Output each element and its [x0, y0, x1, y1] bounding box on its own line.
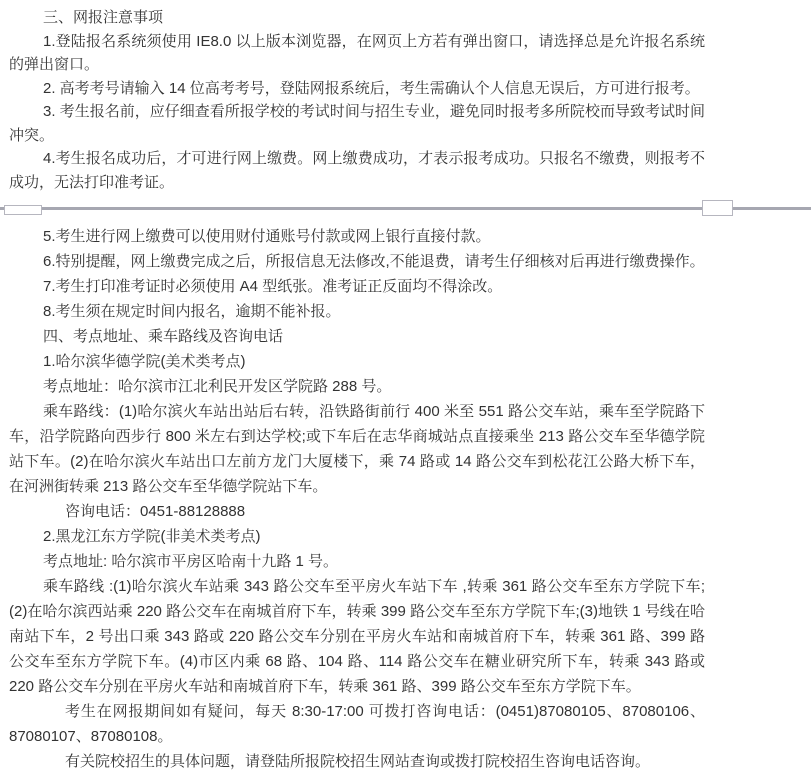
page-break-divider: [0, 194, 811, 218]
exam-site-2-address: 考点地址: 哈尔滨市平房区哈南十九路 1 号。: [9, 549, 705, 574]
paragraph: 1.登陆报名系统须使用 IE8.0 以上版本浏览器，在网页上方若有弹出窗口，请选…: [9, 30, 705, 77]
paragraph: 8.考生须在规定时间内报名，逾期不能补报。: [9, 299, 705, 324]
exam-site-2-title: 2.黑龙江东方学院(非美术类考点): [9, 524, 705, 549]
page-corner-marker-left: [4, 205, 42, 215]
doc-page-2: 5.考生进行网上缴费可以使用财付通账号付款或网上银行直接付款。 6.特别提醒，网…: [0, 218, 811, 771]
exam-site-1-address: 考点地址：哈尔滨市江北利民开发区学院路 288 号。: [9, 374, 705, 399]
consult-hotline-paragraph: 考生在网报期间如有疑问，每天 8:30-17:00 可拨打咨询电话：(0451)…: [9, 699, 705, 749]
section-heading-4: 四、考点地址、乘车路线及咨询电话: [9, 324, 705, 349]
section-heading-3: 三、网报注意事项: [9, 6, 705, 30]
exam-site-1-title: 1.哈尔滨华德学院(美术类考点): [9, 349, 705, 374]
paragraph: 5.考生进行网上缴费可以使用财付通账号付款或网上银行直接付款。: [9, 224, 705, 249]
paragraph: 7.考生打印准考证时必须使用 A4 型纸张。准考证正反面均不得涂改。: [9, 274, 705, 299]
exam-site-1-phone: 咨询电话：0451-88128888: [9, 499, 705, 524]
exam-site-2-bus-routes: 乘车路线 :(1)哈尔滨火车站乘 343 路公交车至平房火车站下车 ,转乘 36…: [9, 574, 705, 699]
paragraph: 4.考生报名成功后，才可进行网上缴费。网上缴费成功，才表示报考成功。只报名不缴费…: [9, 147, 705, 194]
doc-page-1: 三、网报注意事项 1.登陆报名系统须使用 IE8.0 以上版本浏览器，在网页上方…: [0, 0, 811, 194]
paragraph: 6.特别提醒，网上缴费完成之后，所报信息无法修改,不能退费，请考生仔细核对后再进…: [9, 249, 705, 274]
page-break-line: [0, 207, 811, 210]
closing-paragraph: 有关院校招生的具体问题，请登陆所报院校招生网站查询或拨打院校招生咨询电话咨询。: [9, 749, 705, 771]
paragraph: 2. 高考考号请输入 14 位高考考号，登陆网报系统后，考生需确认个人信息无误后…: [9, 77, 705, 101]
exam-site-1-bus-routes: 乘车路线：(1)哈尔滨火车站出站后右转，沿铁路街前行 400 米至 551 路公…: [9, 399, 705, 499]
page-corner-marker-right: [702, 200, 733, 216]
paragraph: 3. 考生报名前，应仔细查看所报学校的考试时间与招生专业，避免同时报考多所院校而…: [9, 100, 705, 147]
